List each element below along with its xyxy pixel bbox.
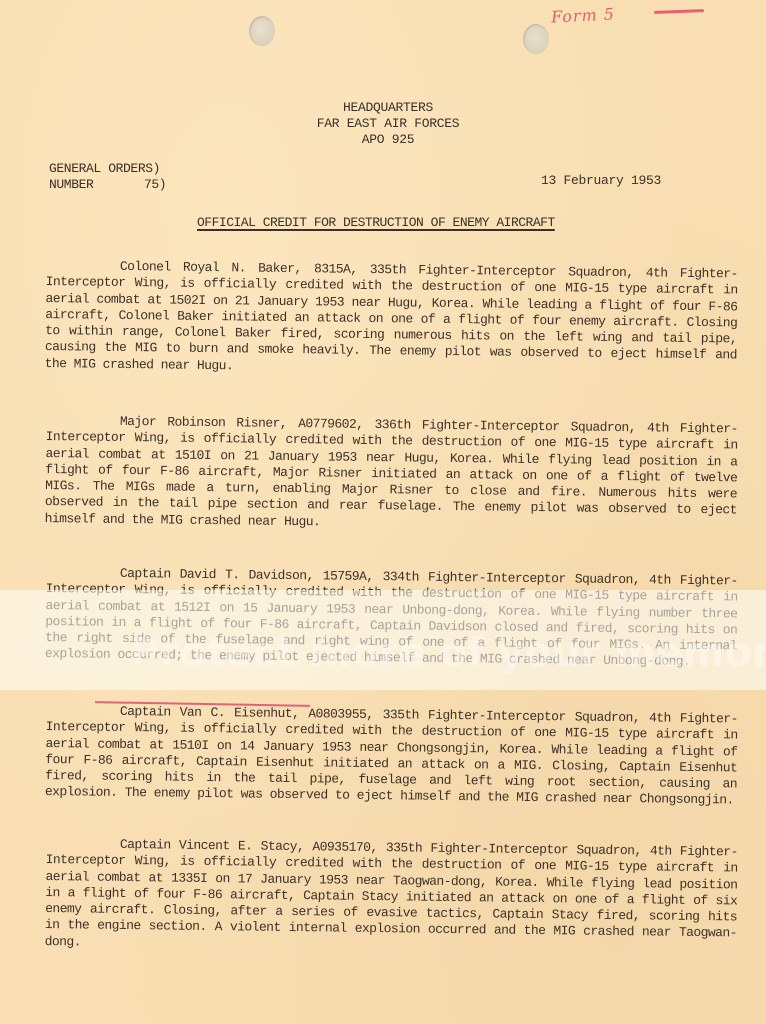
- punch-hole: [523, 24, 549, 54]
- document-date: 13 February 1953: [541, 173, 661, 188]
- general-orders-block: GENERAL ORDERS) NUMBER 75): [49, 161, 166, 193]
- citation-paragraph: Captain David T. Davidson, 15759A, 334th…: [45, 565, 738, 671]
- punch-hole: [249, 16, 275, 46]
- document-title: OFFICIAL CREDIT FOR DESTRUCTION OF ENEMY…: [197, 215, 555, 230]
- citation-paragraph: Major Robinson Risner, A0779602, 336th F…: [45, 413, 738, 536]
- document-page: Form 5 HEADQUARTERS FAR EAST AIR FORCES …: [0, 0, 766, 1024]
- citation-paragraph: Captain Vincent E. Stacy, A0935170, 335t…: [45, 836, 738, 959]
- header-line-3: APO 925: [0, 132, 766, 148]
- number-label: NUMBER: [49, 177, 144, 193]
- letterhead: HEADQUARTERS FAR EAST AIR FORCES APO 925: [0, 100, 766, 148]
- header-line-1: HEADQUARTERS: [0, 100, 766, 116]
- citation-paragraph: Captain Van C. Eisenhut, A0803955, 335th…: [45, 703, 738, 809]
- citation-paragraph: Colonel Royal N. Baker, 8315A, 335th Fig…: [45, 258, 738, 381]
- handwritten-annotation: Form 5: [551, 4, 616, 26]
- header-line-2: FAR EAST AIR FORCES: [0, 116, 766, 132]
- general-orders-label: GENERAL ORDERS): [49, 161, 166, 177]
- red-pencil-mark: [654, 9, 704, 14]
- number-value: 75): [144, 177, 166, 193]
